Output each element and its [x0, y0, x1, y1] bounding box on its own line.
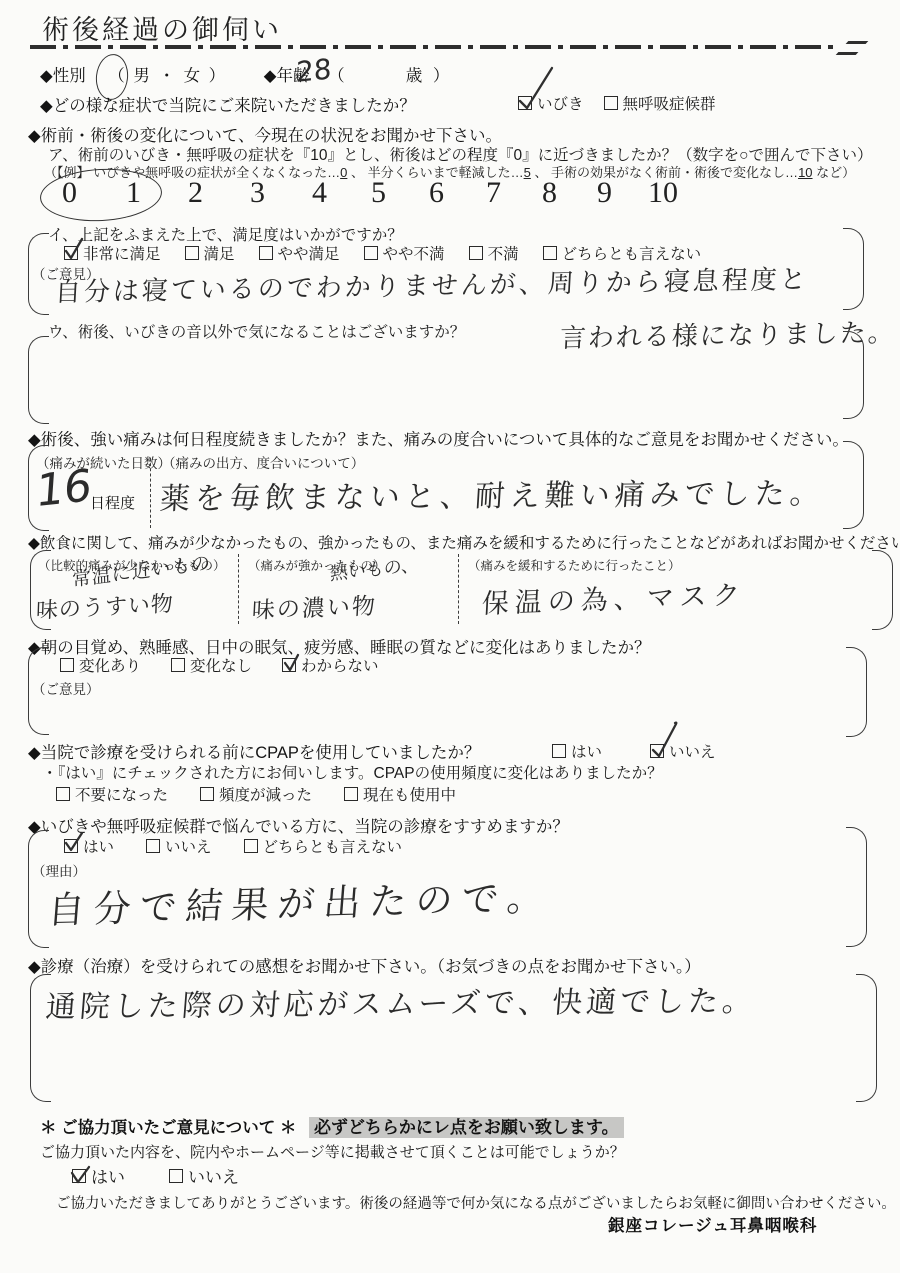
title-divider-end [836, 41, 869, 55]
answer-bracket-right [843, 228, 864, 310]
scale-10[interactable]: 10 [648, 176, 678, 210]
option-dissatisfied[interactable]: 不満 [469, 242, 519, 264]
diet-col3-handwriting: 保温の為、マスク [481, 573, 747, 621]
option-label: わからない [301, 654, 379, 676]
checkbox-somewhat-dissatisfied[interactable] [364, 246, 378, 260]
answer-bracket-right [872, 550, 893, 630]
gender-paren-close: ） [209, 67, 226, 85]
cpap-q2-options: 不要になった 頻度が減った 現在も使用中 [56, 783, 456, 805]
checkbox-satisfied[interactable] [185, 246, 199, 260]
scale-2[interactable]: 2 [188, 176, 203, 210]
checkbox-dissatisfied[interactable] [469, 246, 483, 260]
checkmark-icon [63, 237, 85, 261]
checkbox-neither[interactable] [543, 246, 557, 260]
option-label: やや不満 [383, 242, 445, 264]
checkbox-somewhat-satisfied[interactable] [259, 246, 273, 260]
recommend-options: はい いいえ どちらとも言えない [64, 835, 402, 857]
pain-detail-handwriting: 薬を毎飲まないと、耐え難い痛みでした。 [159, 468, 827, 518]
clinic-name: 銀座コレージュ耳鼻咽喉科 [608, 1212, 817, 1236]
scale-3[interactable]: 3 [250, 176, 265, 210]
option-somewhat-satisfied[interactable]: やや満足 [259, 242, 340, 264]
answer-bracket-right [846, 827, 867, 947]
checkbox-publish-no[interactable] [169, 1169, 183, 1183]
recommend-reason-handwriting: 自分で結果が出たので。 [46, 867, 555, 934]
option-cpap-yes[interactable]: はい [552, 740, 602, 762]
answer-bracket-right [843, 331, 864, 419]
age-paren-close: ） [433, 67, 450, 85]
comment-label: （ご意見） [32, 678, 100, 698]
checkbox-apnea[interactable] [604, 96, 618, 110]
scale-8[interactable]: 8 [542, 176, 557, 210]
symptom-options: いびき 無呼吸症候群 [518, 92, 716, 114]
checkbox-cpap-yes[interactable] [552, 744, 566, 758]
answer-bracket-left [28, 336, 49, 424]
pain-days-unit: 日程度 [90, 492, 135, 513]
diet-column-divider-1 [238, 554, 239, 624]
option-label: やや満足 [278, 242, 340, 264]
option-label: いいえ [188, 1163, 239, 1188]
option-recommend-yes[interactable]: はい [64, 835, 114, 857]
example-part: など） [813, 165, 856, 180]
satisfaction-options: 非常に満足 満足 やや満足 やや不満 不満 どちらとも言えない [64, 242, 701, 264]
gender-label: ◆性別 [40, 67, 86, 85]
pain-column-divider [150, 458, 151, 528]
consent-question: ご協力頂いた内容を、院内やホームページ等に掲載させて頂くことは可能でしょうか？ [40, 1141, 625, 1162]
consent-options: はい いいえ [72, 1163, 239, 1188]
pain-detail-label: （痛みの出方、度合いについて） [162, 452, 364, 472]
change-example: （【例】 いびきや無呼吸の症状が全くなくなった…0 、 半分くらいまで軽減した…… [44, 162, 855, 181]
option-very-satisfied[interactable]: 非常に満足 [64, 242, 161, 264]
answer-bracket-right [843, 441, 864, 529]
checkbox-recommend-neither[interactable] [244, 839, 258, 853]
page-title: 術後経過の御伺い [42, 8, 282, 47]
checkmark-icon [283, 653, 300, 672]
option-label: 不満 [488, 242, 519, 264]
option-snoring[interactable]: いびき [518, 92, 584, 114]
scale-6[interactable]: 6 [429, 176, 444, 210]
checkbox-no-change[interactable] [171, 658, 185, 672]
checkbox-cpap-reduced[interactable] [200, 787, 214, 801]
option-label: はい [571, 740, 602, 762]
option-label-apnea: 無呼吸症候群 [623, 92, 716, 114]
answer-bracket-right [856, 974, 877, 1102]
scale-5[interactable]: 5 [371, 176, 386, 210]
option-cpap-no[interactable]: いいえ [650, 740, 716, 762]
diet-heading: ◆飲食に関して、痛みが少なかったもの、強かったもの、また痛みを緩和するために行っ… [28, 531, 900, 553]
consent-note: ＊ ご協力頂いたご意見について ＊ 必ずどちらかにレ点をお願い致します。 [40, 1113, 624, 1138]
option-label: 現在も使用中 [363, 783, 456, 805]
satisfaction-comment-line1: 自分は寝ているのでわかりませんが、周りから寝息程度と [54, 259, 810, 309]
cpap-q1-options: はい いいえ [552, 740, 716, 762]
pain-heading: ◆術後、強い痛みは何日程度続きましたか？また、痛みの度合いについて具体的なご意見… [28, 426, 849, 450]
option-apnea[interactable]: 無呼吸症候群 [604, 92, 716, 114]
option-label: 変化なし [190, 654, 252, 676]
diet-col2-handwriting-line2: 味の濃い物 [251, 588, 378, 625]
checkbox-publish-yes[interactable] [72, 1169, 86, 1183]
example-value-10: 10 [798, 165, 812, 180]
option-unknown[interactable]: わからない [282, 654, 379, 676]
option-recommend-neither[interactable]: どちらとも言えない [244, 835, 403, 857]
checkmark-icon [64, 831, 84, 853]
option-label: 非常に満足 [83, 242, 161, 264]
thanks-text: ご協力いただきましてありがとうございます。術後の経過等で何か気になる点がございま… [56, 1192, 896, 1213]
checkbox-recommend-no[interactable] [146, 839, 160, 853]
option-label: 満足 [204, 242, 235, 264]
cpap-question2: ・『はい』にチェックされた方にお伺いします。CPAPの使用頻度に変化はありました… [42, 761, 663, 783]
checkbox-changed[interactable] [60, 658, 74, 672]
questionnaire-form: 術後経過の御伺い ◆性別 （ 男 ・ 女 ） ◆年齢 （ 歳 ） 28 ◆どの様… [0, 0, 900, 1273]
option-publish-yes[interactable]: はい [72, 1163, 125, 1188]
option-label: どちらとも言えない [263, 835, 403, 857]
option-cpap-reduced[interactable]: 頻度が減った [200, 783, 312, 805]
diet-column-divider-2 [458, 554, 459, 624]
impression-question: ◆診療（治療）を受けられての感想をお聞かせ下さい。（お気づきの点をお聞かせ下さい… [28, 953, 701, 977]
option-cpap-unnecessary[interactable]: 不要になった [56, 783, 168, 805]
age-value-handwriting: 28 [296, 52, 331, 89]
option-changed[interactable]: 変化あり [60, 654, 141, 676]
symptom-question: ◆どの様な症状で当院にご来院いただきましたか？ [40, 92, 416, 116]
gender-separator: ・ [158, 67, 175, 85]
impression-handwriting: 通院した際の対応がスムーズで、快適でした。 [44, 976, 758, 1026]
scale-9[interactable]: 9 [597, 176, 612, 210]
title-divider [30, 45, 840, 49]
checkbox-snoring[interactable] [518, 96, 532, 110]
checkbox-recommend-yes[interactable] [64, 839, 78, 853]
option-label: はい [91, 1163, 125, 1188]
cpap-question1: ◆当院で診療を受けられる前にCPAPを使用していましたか？ [28, 739, 480, 763]
scale-4[interactable]: 4 [312, 176, 327, 210]
answer-bracket-right [846, 647, 867, 737]
scale-7[interactable]: 7 [486, 176, 501, 210]
option-cpap-still-using[interactable]: 現在も使用中 [344, 783, 456, 805]
consent-note-highlight: 必ずどちらかにレ点をお願い致します。 [309, 1117, 624, 1138]
checkbox-cpap-still-using[interactable] [344, 787, 358, 801]
option-label: はい [83, 835, 114, 857]
checkbox-unknown[interactable] [282, 658, 296, 672]
diet-col1-handwriting-line2: 味のうすい物 [35, 587, 174, 625]
reason-label: （理由） [32, 860, 86, 880]
option-somewhat-dissatisfied[interactable]: やや不満 [364, 242, 445, 264]
option-publish-no[interactable]: いいえ [169, 1163, 239, 1188]
checkbox-cpap-no[interactable] [650, 744, 664, 758]
option-label: 不要になった [75, 783, 168, 805]
pain-days-handwriting: 16 [34, 460, 93, 518]
option-satisfied[interactable]: 満足 [185, 242, 235, 264]
checkmark-icon [517, 65, 555, 111]
gender-option-male[interactable]: 男 [133, 67, 150, 85]
diet-col1-handwriting-line1: 常温に近いもの [72, 548, 212, 592]
checkbox-very-satisfied[interactable] [64, 246, 78, 260]
option-recommend-no[interactable]: いいえ [146, 835, 212, 857]
option-label: 変化あり [79, 654, 141, 676]
diet-col3-label: （痛みを緩和するために行ったこと） [468, 556, 681, 574]
sleep-options: 変化あり 変化なし わからない [60, 654, 379, 676]
recommend-question: ◆いびきや無呼吸症候群で悩んでいる方に、当院の診療をすすめますか？ [28, 813, 569, 837]
option-label: 頻度が減った [219, 783, 312, 805]
consent-note-prefix: ＊ ご協力頂いたご意見について ＊ [40, 1119, 296, 1137]
checkmark-icon [650, 721, 680, 759]
other-concern-question: ウ、術後、いびきの音以外で気になることはございますか？ [48, 320, 465, 342]
option-no-change[interactable]: 変化なし [171, 654, 252, 676]
checkmark-icon [69, 1165, 91, 1185]
checkbox-cpap-unnecessary[interactable] [56, 787, 70, 801]
gender-option-female[interactable]: 女 [184, 67, 201, 85]
age-unit: 歳 [406, 67, 423, 85]
option-label: いいえ [165, 835, 212, 857]
example-value-5: 5 [524, 165, 531, 180]
